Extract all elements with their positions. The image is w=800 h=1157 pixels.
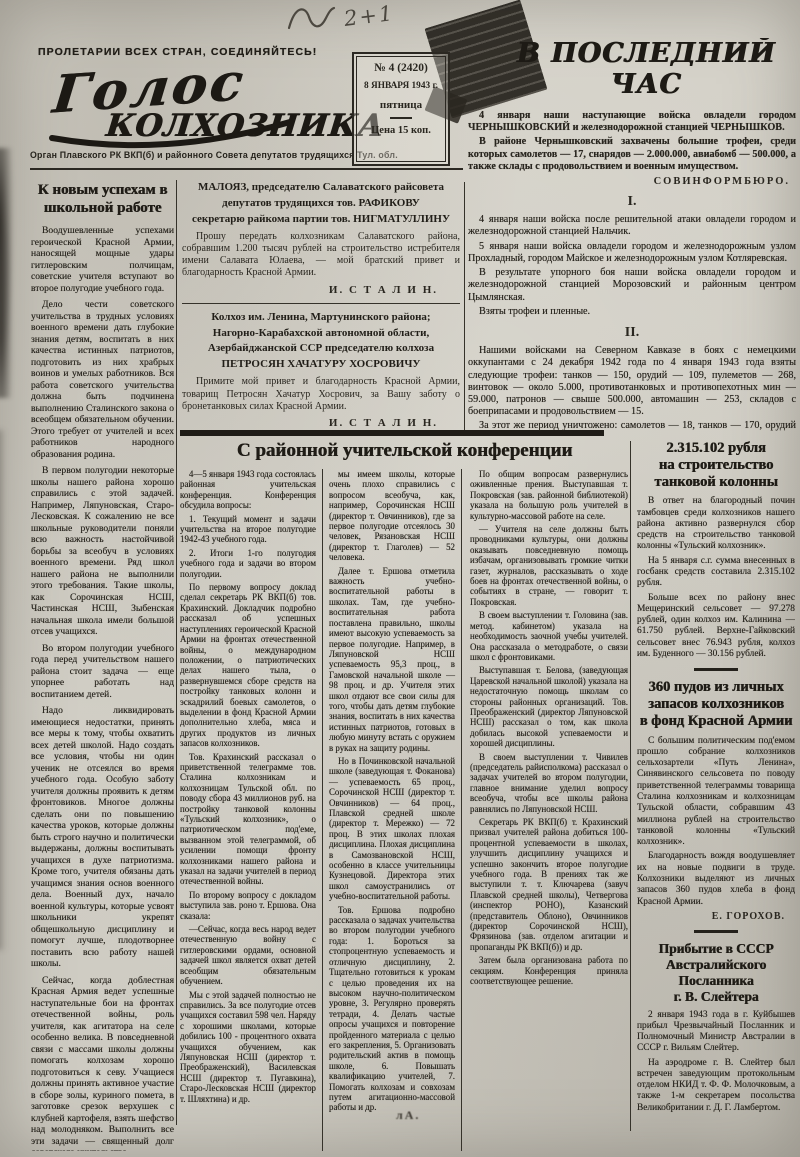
handwritten-pencil-note: 2+1: [343, 1, 396, 31]
section-label-2: II.: [468, 325, 796, 341]
last-hour-section-1: 4 января наши войска после решительной а…: [468, 214, 796, 318]
article-divider: [694, 930, 738, 933]
paragraph: Воодушевленные успехами героической Крас…: [31, 225, 174, 294]
headline-line: К новым успехам в: [38, 182, 168, 198]
paragraph: 4 января наши наступающие войска овладел…: [468, 110, 796, 134]
paragraph: Затем была организована работа по секция…: [470, 955, 628, 986]
sovinformburo-sign: СОВИНФОРМБЮРО.: [468, 176, 790, 187]
telegram-head-line: Нагорно-Карабахской автономной области,: [182, 326, 460, 342]
conference-column-2: мы имеем школы, которые очень плохо спра…: [323, 469, 462, 1151]
stalin-signature: И. С Т А Л И Н.: [182, 417, 438, 428]
paragraph: 2 января 1943 года в г. Куйбышев прибыл …: [637, 1010, 795, 1055]
article-headline: С районной учительской конференции: [180, 440, 629, 462]
article-body: Воодушевленные успехами героической Крас…: [31, 225, 174, 1151]
scan-smudge: [0, 148, 14, 398]
print-artifact-mark: лА.: [396, 1108, 420, 1123]
headline-line: г. В. Слейтера: [637, 989, 795, 1005]
paragraph: Мы с этой задачей полностью не справилис…: [180, 990, 316, 1104]
telegram-body: Прошу передать колхозникам Салаватского …: [182, 231, 460, 280]
paragraph: В своем выступлении т. Чивилев (председа…: [470, 752, 628, 814]
headline-line: танковой колонны: [637, 474, 795, 491]
paragraph: Дело чести советского учительства в труд…: [31, 299, 174, 460]
paragraph: С большим политическим под'емом прошло с…: [637, 736, 795, 849]
section-label-1: I.: [468, 194, 796, 210]
headline-line: на строительство: [637, 457, 795, 474]
headline-line: Прибытие в СССР: [637, 941, 795, 957]
newspaper-page: 2+1 ПРОЛЕТАРИИ ВСЕХ СТРАН, СОЕДИНЯЙТЕСЬ!…: [0, 0, 800, 1157]
column-rule: [464, 182, 465, 432]
article-headline: 360 пудов из личныхзапасов колхозниковв …: [637, 679, 795, 730]
article-australian-envoy: Прибытие в СССРАвстралийскогоПосланникаг…: [637, 941, 795, 1114]
paragraph: В результате упорного боя наши войска ов…: [468, 267, 796, 304]
paragraph: Взяты трофеи и пленные.: [468, 306, 796, 318]
paragraph: За этот же период уничтожено: самолетов …: [468, 420, 796, 434]
telegram-head: Колхоз им. Ленина, Мартунинского района;…: [182, 310, 460, 374]
paragraph: 1. Текущий момент и задачи учительства н…: [180, 514, 316, 545]
issue-date: 8 ЯНВАРЯ 1943 г.: [357, 81, 445, 91]
header-rule: [30, 168, 463, 170]
article-body: С большим политическим под'емом прошло с…: [637, 736, 795, 908]
masthead-logo: Голос КОЛХОЗНИКА: [40, 56, 370, 156]
paragraph: —Сейчас, когда весь народ ведет отечеств…: [180, 924, 316, 986]
telegram-body: Примите мой привет и благодарность Красн…: [182, 376, 460, 413]
paragraph: Больше всех по району внес Мещеринский с…: [637, 593, 795, 661]
headline-line: школьной работе: [44, 200, 162, 216]
stalin-telegrams: МАЛОЯЗ, председателю Салаватского райсов…: [182, 180, 460, 428]
telegram-head: МАЛОЯЗ, председателю Салаватского райсов…: [182, 180, 460, 228]
paragraph: По второму вопросу с докладом выступила …: [180, 890, 316, 921]
article-grain-fund: 360 пудов из личныхзапасов колхозниковв …: [637, 679, 795, 922]
paragraph: Далее т. Ершова отметила важность учебно…: [329, 566, 455, 753]
scan-smudge: [0, 430, 6, 950]
telegram-head-line: Колхоз им. Ленина, Мартунинского района;: [182, 310, 460, 326]
paragraph: 4 января наши войска после решительной а…: [468, 214, 796, 238]
column-rule: [176, 180, 177, 1125]
paragraph: Нашими войсками на Северном Кавказе в бо…: [468, 345, 796, 418]
conference-column-3: По общим вопросам развернулись оживленны…: [462, 469, 628, 1151]
headline-line: 2.315.102 рубля: [637, 440, 795, 457]
paragraph: — Учителя на селе должны быть проводника…: [470, 524, 628, 607]
stalin-signature: И. С Т А Л И Н.: [182, 284, 438, 296]
issue-divider: [390, 117, 412, 119]
paragraph: В первом полугодии некоторые школы нашег…: [31, 465, 174, 638]
headline-line: Посланника: [637, 973, 795, 989]
headline-line: Австралийского: [637, 957, 795, 973]
article-school-work: К новым успехам в школьной работе Воодуш…: [31, 179, 174, 1151]
issue-number: № 4 (2420): [357, 62, 445, 74]
last-hour-section-2: Нашими войсками на Северном Кавказе в бо…: [468, 345, 796, 434]
last-hour-section: В ПОСЛЕДНИЙ ЧАС 4 января наши наступающи…: [468, 38, 796, 434]
paragraph: Секретарь РК ВКП(б) т. Крахинский призва…: [470, 817, 628, 952]
telegram-head-line: Азербайджанской ССР председателю колхоза: [182, 341, 460, 357]
paragraph: По общим вопросам развернулись оживленны…: [470, 469, 628, 521]
conference-columns: 4—5 января 1943 года состоялась районная…: [180, 469, 629, 1151]
paragraph: Выступавшая т. Белова, (заведующая Царев…: [470, 665, 628, 748]
paragraph: 5 января наши войска овладели городом и …: [468, 241, 796, 265]
paragraph: Надо ликвидировать имеющиеся недостатки,…: [31, 705, 174, 970]
paragraph: 4—5 января 1943 года состоялась районная…: [180, 469, 316, 511]
headline-line: 360 пудов из личных: [637, 679, 795, 696]
last-hour-headline: В ПОСЛЕДНИЙ ЧАС: [496, 38, 796, 100]
article-teachers-conference: С районной учительской конференции 4—5 я…: [180, 440, 629, 1157]
telegram-head-line: ПЕТРОСЯН ХАЧАТУРУ ХОСРОВИЧУ: [182, 357, 460, 373]
paragraph: На аэродроме г. В. Слейтер был встречен …: [637, 1058, 795, 1114]
pencil-squiggle-mark: [286, 2, 336, 36]
paragraph: По первому вопросу доклад сделал секрета…: [180, 582, 316, 749]
conference-column-1: 4—5 января 1943 года состоялась районная…: [180, 469, 323, 1151]
issue-info-box: № 4 (2420) 8 ЯНВАРЯ 1943 г. пятница Цена…: [352, 52, 450, 166]
headline-line: в фонд Красной Армии: [637, 713, 795, 730]
telegram-divider: [182, 303, 460, 304]
paragraph: Во втором полугодии учебного года перед …: [31, 643, 174, 701]
paragraph: На 5 января с.г. сумма внесенных в госба…: [637, 556, 795, 590]
paragraph: Тов. Ершова подробно рассказала о задача…: [329, 905, 455, 1113]
column-rule: [630, 441, 631, 1131]
telegram-head-line: МАЛОЯЗ, председателю Салаватского райсов…: [182, 180, 460, 196]
telegram-petrosyan: Колхоз им. Ленина, Мартунинского района;…: [182, 310, 460, 428]
article-headline: 2.315.102 рубляна строительствотанковой …: [637, 440, 795, 491]
paragraph: В районе Чернышковский захвачены большие…: [468, 136, 796, 173]
paragraph: Но в Починковской начальной школе (завед…: [329, 756, 455, 902]
masthead-title-caps: КОЛХОЗНИКА: [104, 108, 386, 144]
right-articles-column: 2.315.102 рубляна строительствотанковой …: [637, 440, 795, 1157]
article-divider: [694, 668, 738, 671]
last-hour-lead: 4 января наши наступающие войска овладел…: [468, 110, 796, 173]
paragraph: Тов. Крахинский рассказал о приветственн…: [180, 752, 316, 887]
paragraph: Благодарность вождя воодушевляет их на н…: [637, 851, 795, 907]
paragraph: В ответ на благородный почин тамбовцев с…: [637, 496, 795, 552]
author-signature: Е. ГОРОХОВ.: [637, 911, 785, 922]
paragraph: 2. Итоги 1-го полугодия учебного года и …: [180, 548, 316, 579]
headline-line: запасов колхозников: [637, 696, 795, 713]
issue-weekday: пятница: [357, 99, 445, 111]
article-body: В ответ на благородный почин тамбовцев с…: [637, 496, 795, 660]
telegram-head-line: секретарю райкома партии тов. НИГМАТУЛЛИ…: [182, 212, 460, 228]
article-headline: К новым успехам в школьной работе: [31, 181, 174, 217]
telegram-head-line: депутатов трудящихся тов. РАФИКОВУ: [182, 196, 460, 212]
paragraph: В своем выступлении т. Головина (зав. ме…: [470, 610, 628, 662]
article-body: 2 января 1943 года в г. Куйбышев прибыл …: [637, 1010, 795, 1115]
issue-info-inner: № 4 (2420) 8 ЯНВАРЯ 1943 г. пятница Цена…: [356, 56, 446, 162]
paragraph: мы имеем школы, которые очень плохо спра…: [329, 469, 455, 563]
article-tank-column-funds: 2.315.102 рубляна строительствотанковой …: [637, 440, 795, 660]
paragraph: Сейчас, когда доблестная Красная Армия в…: [31, 975, 174, 1152]
issue-price: Цена 15 коп.: [357, 125, 445, 136]
telegram-malojaz: МАЛОЯЗ, председателю Салаватского райсов…: [182, 180, 460, 296]
article-headline: Прибытие в СССРАвстралийскогоПосланникаг…: [637, 941, 795, 1005]
